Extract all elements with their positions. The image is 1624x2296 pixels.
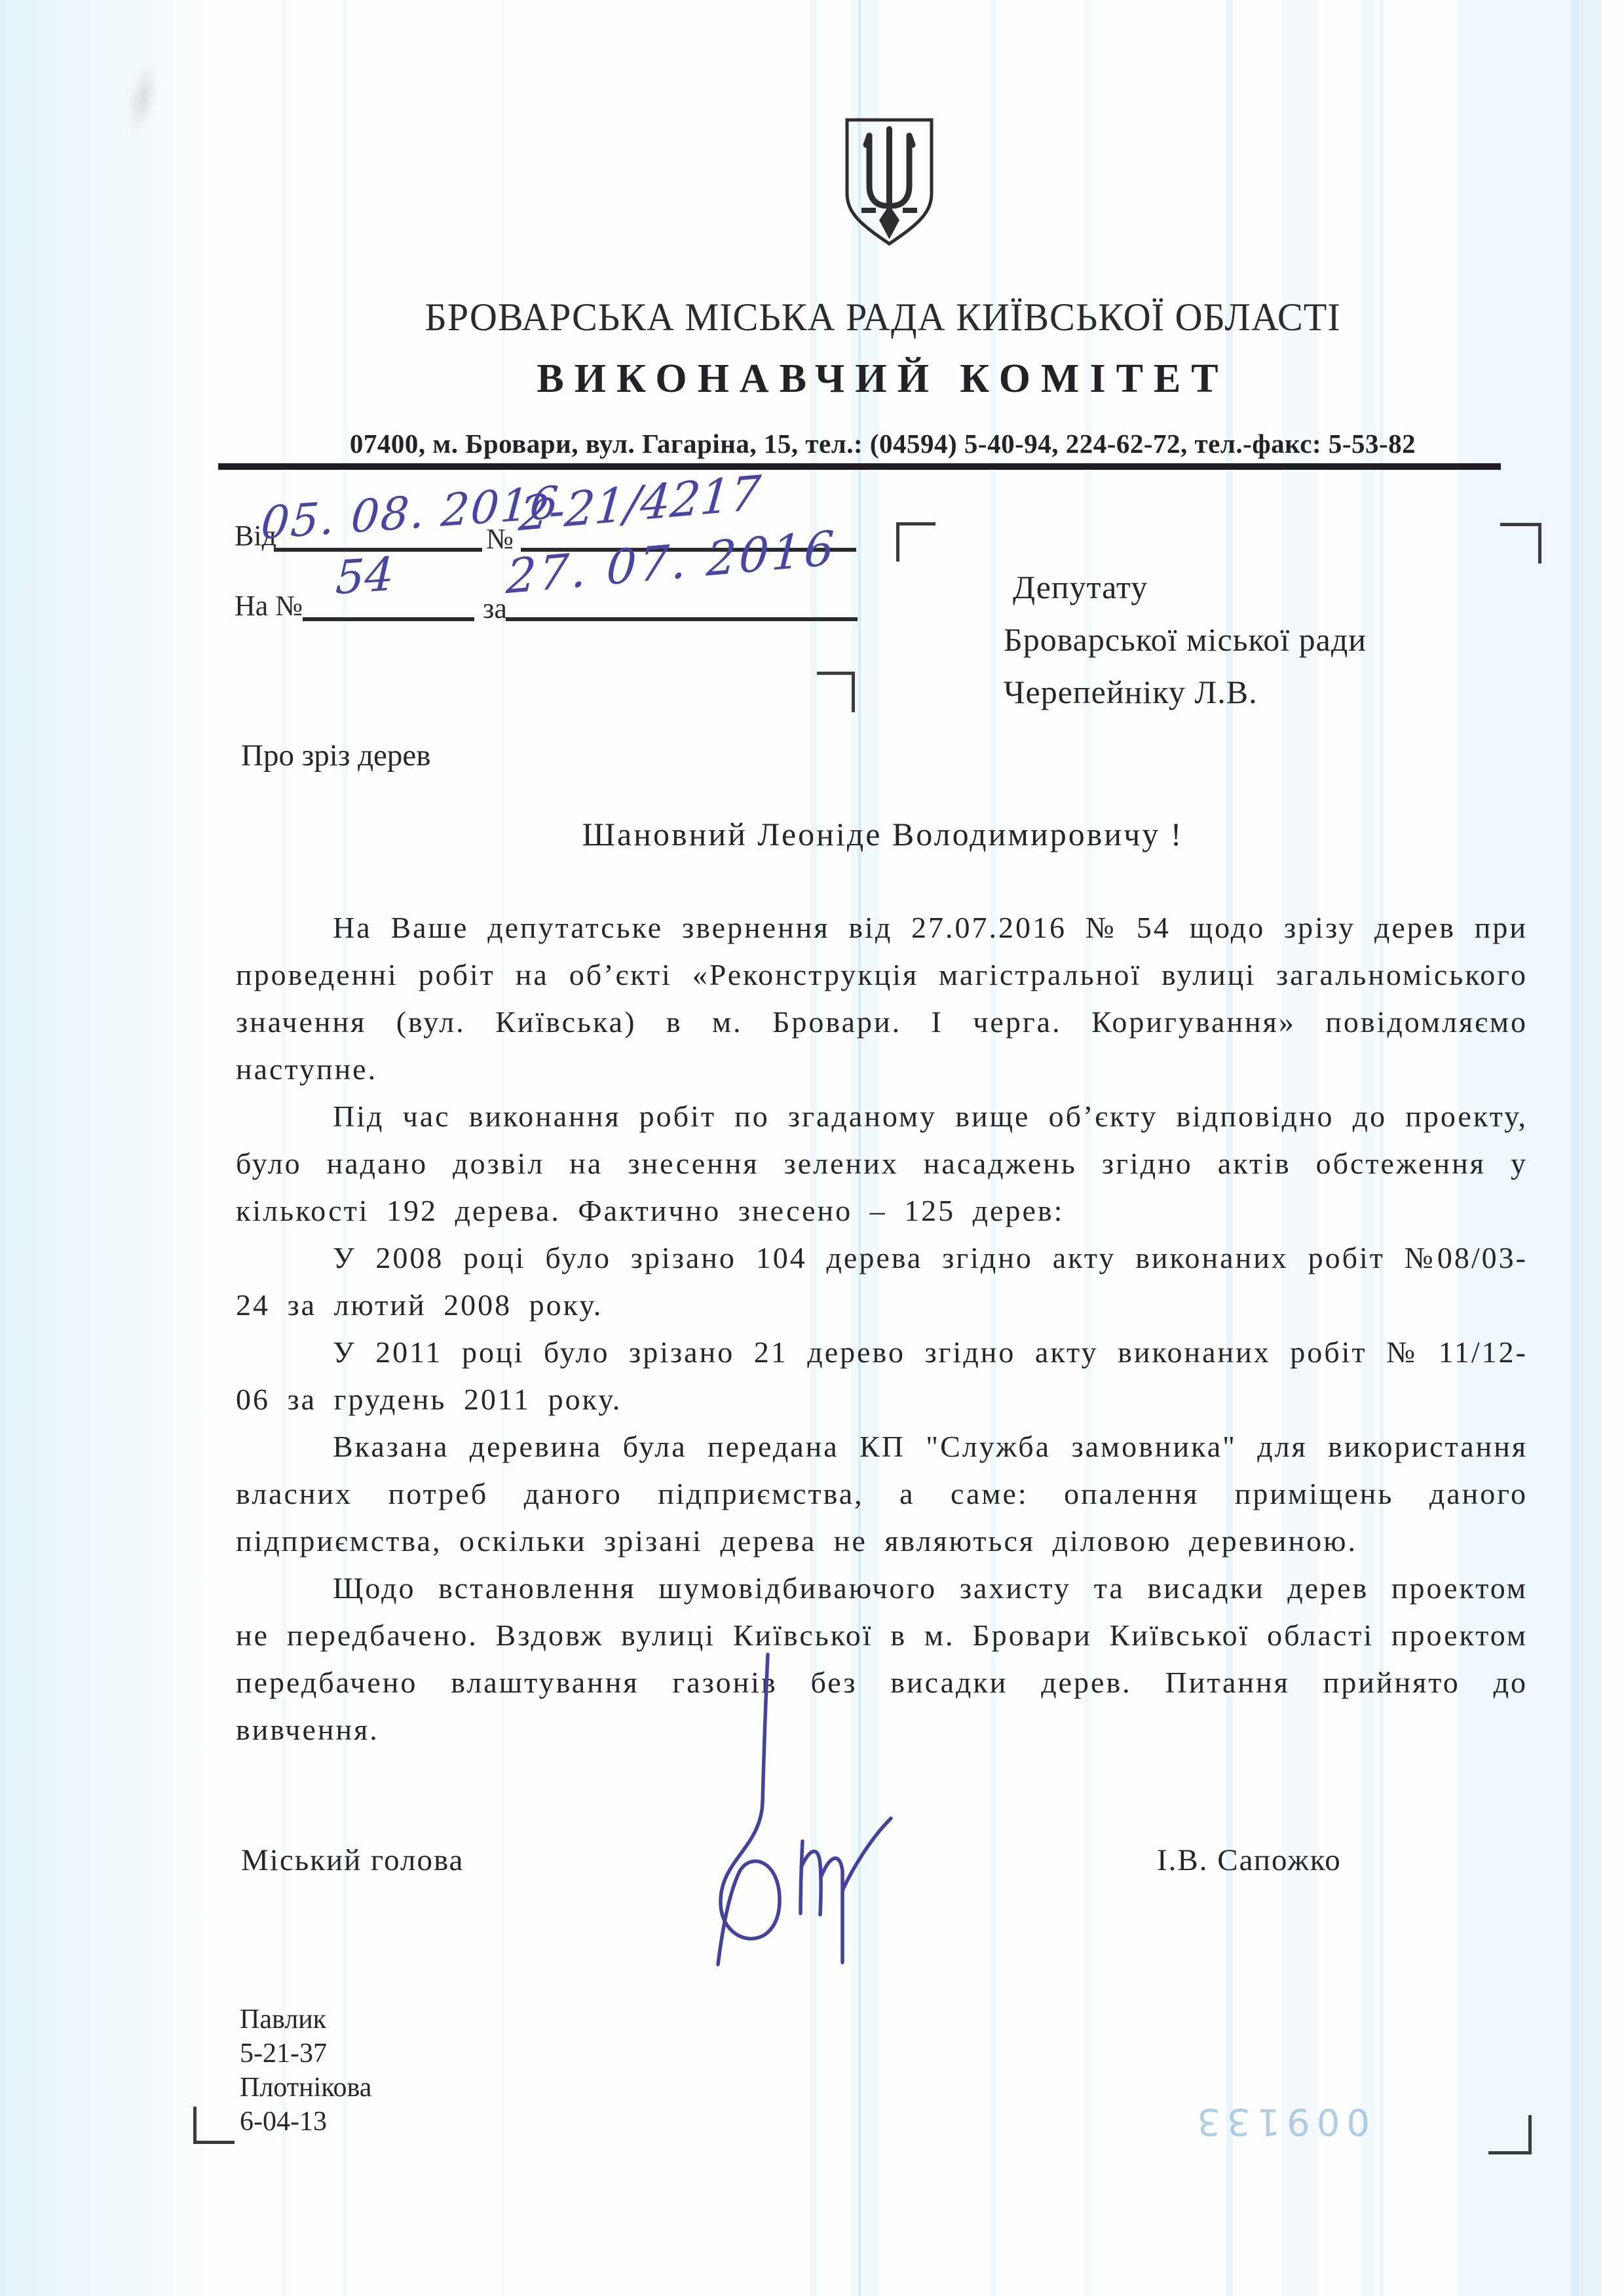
footer-line: 5-21-37 [240, 2037, 371, 2071]
committee-name: ВИКОНАВЧИЙ КОМІТЕТ [236, 356, 1530, 402]
footer-line: Павлик [240, 2002, 371, 2037]
handwritten-out-date: 05. 08. 2016 [259, 477, 561, 550]
footer-contacts: Павлик 5-21-37 Плотнікова 6-04-13 [240, 2002, 371, 2139]
corner-mark [1528, 2115, 1532, 2154]
scan-tint-left [0, 0, 223, 2296]
in-date-underline [506, 617, 858, 621]
subject-line: Про зріз дерев [241, 738, 430, 773]
recipient-line: Черепейніку Л.В. [1004, 666, 1501, 718]
org-address-line: 07400, м. Бровари, вул. Гагаріна, 15, те… [236, 428, 1530, 459]
handwritten-signature [681, 1651, 956, 1979]
org-name: БРОВАРСЬКА МІСЬКА РАДА КИЇВСЬКОЇ ОБЛАСТІ [255, 295, 1511, 340]
in-date-label: за [483, 592, 507, 625]
recipient-line: Депутату [1004, 561, 1501, 613]
corner-mark [896, 522, 899, 562]
footer-line: 6-04-13 [240, 2105, 371, 2139]
corner-mark [896, 522, 935, 526]
body-paragraph: Під час виконання робіт по згаданому вищ… [236, 1093, 1528, 1234]
signer-title: Міський голова [241, 1843, 464, 1878]
scan-tint-right-edge [1571, 0, 1601, 2296]
footer-line: Плотнікова [240, 2071, 371, 2105]
in-no-underline [303, 617, 474, 621]
corner-mark [1538, 523, 1541, 564]
recipient-line: Броварської міської ради [1004, 613, 1501, 666]
body-paragraph: У 2008 році було зрізано 104 дерева згід… [236, 1234, 1528, 1329]
stamp-number: 009133 [1196, 2092, 1370, 2143]
corner-mark [1488, 2151, 1532, 2154]
scanned-letter-page: БРОВАРСЬКА МІСЬКА РАДА КИЇВСЬКОЇ ОБЛАСТІ… [0, 0, 1624, 2296]
salutation: Шановний Леоніде Володимировичу ! [236, 815, 1530, 853]
letterhead-rule [218, 463, 1501, 470]
in-no-label: На № [235, 589, 303, 622]
body-paragraph: Вказана деревина була передана КП "Служб… [236, 1423, 1528, 1565]
recipient-block: Депутату Броварської міської ради Черепе… [1004, 561, 1501, 718]
corner-mark [817, 672, 855, 675]
corner-mark [193, 2107, 197, 2144]
handwritten-in-number: 54 [335, 547, 395, 605]
ukraine-trident-emblem-icon [842, 115, 937, 249]
corner-mark [1500, 523, 1541, 526]
corner-mark [852, 672, 855, 712]
corner-mark [193, 2141, 235, 2144]
body-paragraph: У 2011 році було зрізано 21 дерево згідн… [236, 1329, 1528, 1423]
letter-body: На Ваше депутатське звернення від 27.07.… [236, 904, 1528, 1753]
signer-name: І.В. Сапожко [1157, 1843, 1342, 1878]
body-paragraph: На Ваше депутатське звернення від 27.07.… [236, 904, 1528, 1093]
